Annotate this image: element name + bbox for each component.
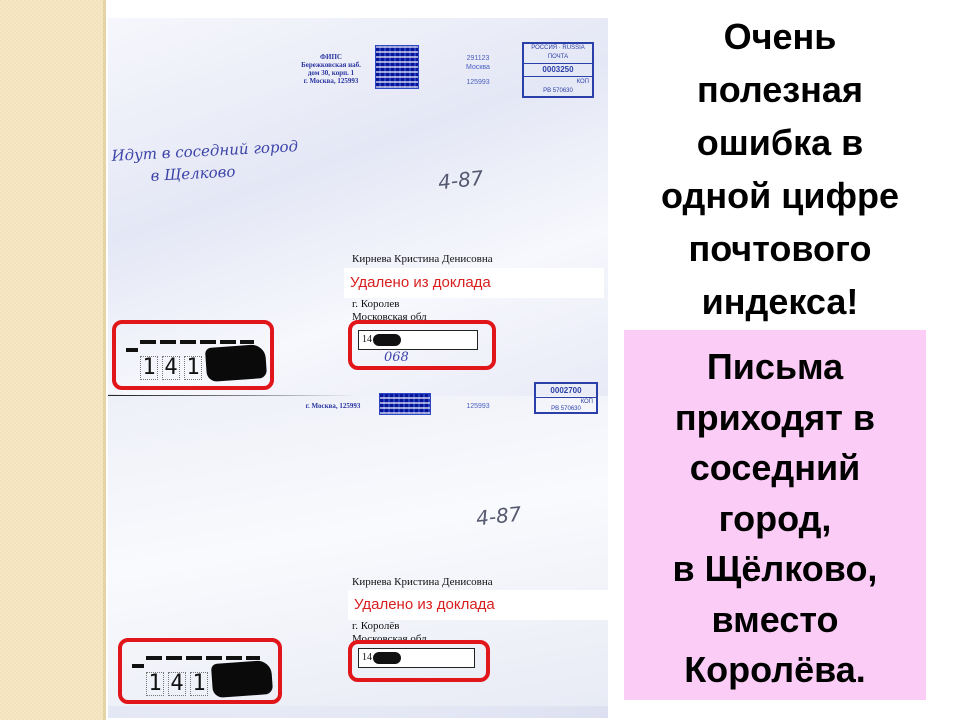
stamp-amount: 0003250 bbox=[524, 63, 592, 77]
zip-code-digits: 1 4 1 bbox=[140, 346, 266, 380]
headline-line: индекса! bbox=[630, 275, 930, 328]
zip-dash bbox=[166, 656, 182, 660]
postmark-city: Москва bbox=[458, 63, 498, 72]
recipient-name: Кирнева Кристина Денисовна bbox=[352, 253, 493, 266]
sender-address: ФИПС Бережковская наб. дом 30, корп. 1 г… bbox=[286, 53, 376, 85]
stamp-amount: 0002700 bbox=[536, 385, 596, 398]
redacted-address-label: Удалено из доклада bbox=[344, 268, 604, 298]
recipient-city: г. Королев bbox=[352, 298, 399, 311]
zip-dash bbox=[180, 340, 196, 344]
postmark-date: 291123 bbox=[458, 54, 498, 63]
zip-dash bbox=[206, 656, 222, 660]
index-visible-digits: 14 bbox=[362, 652, 372, 663]
recipient-city: г. Королёв bbox=[352, 620, 399, 633]
sender-city: г. Москва, 125993 bbox=[288, 402, 378, 410]
index-visible-digits: 14 bbox=[362, 334, 372, 345]
handwritten-note: Идут в соседний город в Щелково bbox=[111, 135, 300, 189]
recipient-name: Кирнева Кристина Денисовна bbox=[352, 576, 493, 589]
case-number: 4-87 bbox=[475, 502, 523, 531]
case-number: 4-87 bbox=[437, 166, 485, 195]
stamp-country: РОССИЯ · RUSSIA bbox=[524, 44, 592, 53]
stamp-code: РВ 570630 bbox=[536, 406, 596, 413]
zip-dash bbox=[200, 340, 216, 344]
headline-line: полезная bbox=[630, 63, 930, 116]
datamatrix-code-icon bbox=[376, 46, 418, 88]
zip-dash bbox=[140, 340, 156, 344]
zip-redaction-blot bbox=[211, 660, 273, 698]
stamp-unit: КОП bbox=[536, 399, 596, 406]
zip-digit: 1 bbox=[190, 672, 208, 696]
headline-line: Очень bbox=[630, 10, 930, 63]
index-handwritten-correction: 068 bbox=[384, 350, 409, 365]
callout-line: Королёва. bbox=[624, 645, 926, 696]
postage-stamp: 0002700 КОП РВ 570630 bbox=[534, 382, 598, 414]
stamp-unit: КОП bbox=[524, 78, 592, 87]
zip-redaction-blot bbox=[205, 344, 267, 382]
datamatrix-code-icon bbox=[380, 394, 430, 414]
callout-line: приходят в bbox=[624, 393, 926, 444]
index-field: 14 bbox=[358, 330, 478, 350]
zip-dash bbox=[240, 340, 254, 344]
zip-dash bbox=[126, 348, 138, 352]
headline-line: ошибка в bbox=[630, 116, 930, 169]
redacted-address-label: Удалено из доклада bbox=[348, 590, 608, 620]
sender-building: дом 30, корп. 1 bbox=[286, 69, 376, 77]
zip-dash bbox=[220, 340, 236, 344]
callout-text: Письма приходят в соседний город, в Щёлк… bbox=[624, 342, 926, 696]
headline-line: одной цифре bbox=[630, 169, 930, 222]
postage-stamp: РОССИЯ · RUSSIA ПОЧТА 0003250 КОП РВ 570… bbox=[522, 42, 594, 98]
sidebar-divider bbox=[103, 0, 106, 720]
envelope-top: ФИПС Бережковская наб. дом 30, корп. 1 г… bbox=[108, 18, 608, 396]
postmark: 291123 Москва 125993 bbox=[458, 54, 498, 87]
index-field: 14 bbox=[358, 648, 475, 668]
zip-code-digits: 1 4 1 bbox=[146, 662, 272, 696]
zip-code-grid: 1 4 1 bbox=[126, 340, 266, 380]
zip-dash bbox=[246, 656, 260, 660]
sender-city: г. Москва, 125993 bbox=[286, 77, 376, 85]
zip-dash bbox=[226, 656, 242, 660]
zip-digit: 4 bbox=[168, 672, 186, 696]
zip-digit: 1 bbox=[140, 356, 158, 380]
stamp-service: ПОЧТА bbox=[524, 53, 592, 62]
postmark-index: 125993 bbox=[458, 78, 498, 87]
zip-dash bbox=[132, 664, 144, 668]
callout-line: вместо bbox=[624, 595, 926, 646]
zip-digit: 1 bbox=[184, 356, 202, 380]
stamp-code: РВ 570630 bbox=[524, 87, 592, 96]
zip-digit: 1 bbox=[146, 672, 164, 696]
slide-headline: Очень полезная ошибка в одной цифре почт… bbox=[630, 10, 930, 328]
decorative-sidebar bbox=[0, 0, 103, 720]
index-redaction-blot bbox=[373, 334, 401, 346]
callout-box: Письма приходят в соседний город, в Щёлк… bbox=[624, 330, 926, 700]
sender-org: ФИПС bbox=[286, 53, 376, 61]
zip-digit: 4 bbox=[162, 356, 180, 380]
zip-dash bbox=[146, 656, 162, 660]
zip-dash bbox=[186, 656, 202, 660]
zip-dash bbox=[160, 340, 176, 344]
index-redaction-blot bbox=[373, 652, 401, 664]
envelope-bottom: г. Москва, 125993 125993 0002700 КОП РВ … bbox=[108, 396, 608, 706]
envelope-scan-image: ФИПС Бережковская наб. дом 30, корп. 1 г… bbox=[108, 18, 608, 718]
zip-code-grid: 1 4 1 bbox=[132, 656, 272, 696]
sender-street: Бережковская наб. bbox=[286, 61, 376, 69]
callout-line: в Щёлково, bbox=[624, 544, 926, 595]
callout-line: город, bbox=[624, 494, 926, 545]
headline-line: почтового bbox=[630, 222, 930, 275]
callout-line: соседний bbox=[624, 443, 926, 494]
callout-line: Письма bbox=[624, 342, 926, 393]
postmark-index: 125993 bbox=[458, 402, 498, 411]
